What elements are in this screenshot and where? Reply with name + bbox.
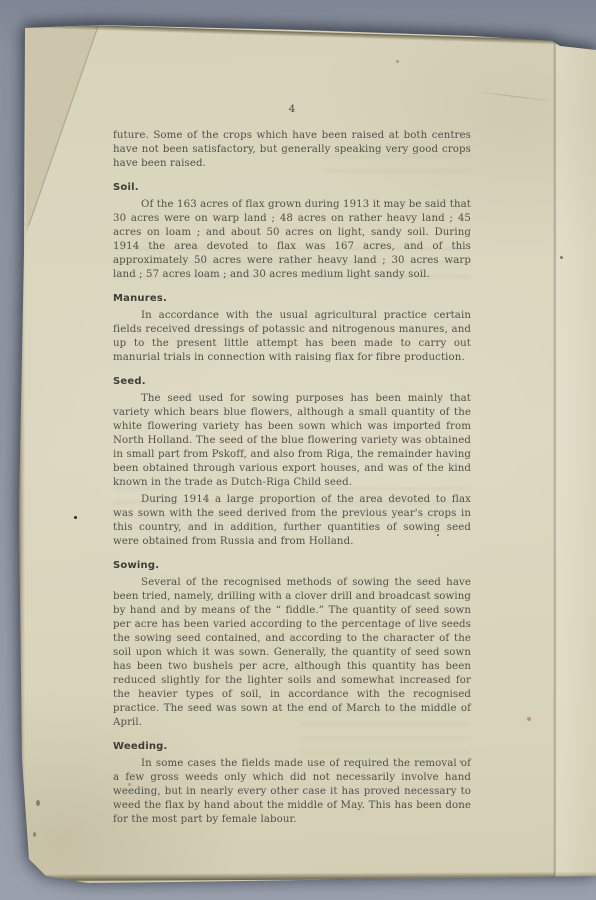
document-page: 4 future. Some of the crops which have b… xyxy=(0,0,596,900)
rust-stain xyxy=(527,717,531,721)
paper-details: 4 future. Some of the crops which have b… xyxy=(0,0,596,900)
ink-speck xyxy=(74,516,77,519)
page-edge-bottom xyxy=(24,872,596,881)
paragraph-manures: In accordance with the usual agricultura… xyxy=(113,309,471,365)
intro-paragraph: future. Some of the crops which have bee… xyxy=(113,129,471,171)
page-edge-top xyxy=(22,23,596,46)
heading-manures: Manures. xyxy=(113,292,471,306)
paper-wrinkle xyxy=(470,91,559,103)
paragraph-seed-1: The seed used for sowing purposes has be… xyxy=(113,392,471,490)
paragraph-seed-2: During 1914 a large proportion of the ar… xyxy=(113,493,471,549)
paragraph-sowing: Several of the recognised methods of sow… xyxy=(113,576,471,730)
paragraph-weeding: In some cases the fields made use of req… xyxy=(113,757,471,827)
adjacent-page-edge xyxy=(557,42,596,900)
scan-background: 4 future. Some of the crops which have b… xyxy=(0,0,596,900)
ink-speck xyxy=(560,256,563,259)
heading-sowing: Sowing. xyxy=(113,559,471,573)
edge-chip xyxy=(36,800,40,806)
heading-seed: Seed. xyxy=(113,375,471,389)
heading-soil: Soil. xyxy=(113,181,471,195)
page-number: 4 xyxy=(113,102,471,116)
page-edge-left xyxy=(18,26,25,884)
page-content: 4 future. Some of the crops which have b… xyxy=(113,102,471,827)
paper-speck xyxy=(396,60,399,63)
paragraph-soil: Of the 163 acres of flax grown during 19… xyxy=(113,198,471,282)
edge-chip xyxy=(33,832,36,837)
heading-weeding: Weeding. xyxy=(113,740,471,754)
